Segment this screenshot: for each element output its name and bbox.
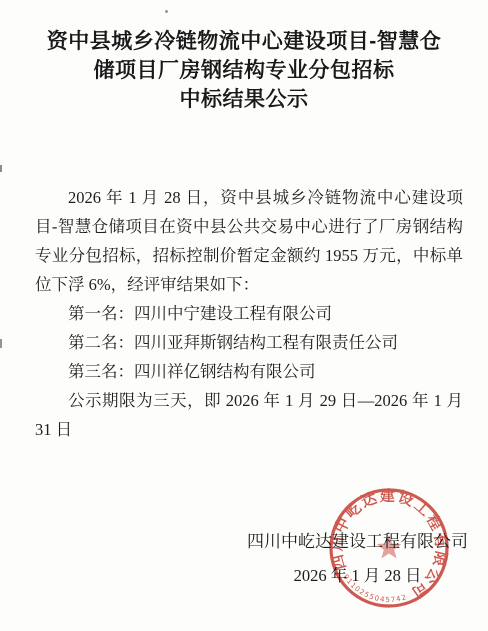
ranking-company-3: 四川祥亿钢结构有限公司	[134, 362, 316, 381]
document-title: 资中县城乡冷链物流中心建设项目-智慧仓 储项目厂房钢结构专业分包招标 中标结果公…	[0, 27, 488, 114]
title-line-1: 资中县城乡冷链物流中心建设项目-智慧仓	[0, 27, 488, 56]
document-body: 2026 年 1 月 28 日，资中县城乡冷链物流中心建设项目-智慧仓储项目在资…	[0, 183, 488, 444]
signature-date: 2026 年 1 月 28 日	[247, 561, 468, 591]
scan-artifact-dot	[165, 10, 168, 13]
ranking-label-1: 第一名：	[68, 304, 134, 323]
document-page: 资中县城乡冷链物流中心建设项目-智慧仓 储项目厂房钢结构专业分包招标 中标结果公…	[0, 0, 488, 631]
signature-inner: 四川中屹达建设工程有限公司 2026 年 1 月 28 日	[247, 527, 468, 591]
ranking-line-3: 第三名：四川祥亿钢结构有限公司	[35, 357, 463, 386]
title-line-3: 中标结果公示	[0, 85, 488, 114]
ranking-label-3: 第三名：	[68, 362, 134, 381]
intro-paragraph: 2026 年 1 月 28 日，资中县城乡冷链物流中心建设项目-智慧仓储项目在资…	[35, 183, 463, 299]
ranking-line-2: 第二名：四川亚拜斯钢结构工程有限责任公司	[35, 328, 463, 357]
title-line-2: 储项目厂房钢结构专业分包招标	[0, 56, 488, 85]
ranking-label-2: 第二名：	[68, 333, 134, 352]
ranking-line-1: 第一名：四川中宁建设工程有限公司	[35, 299, 463, 328]
scan-artifact-edge	[0, 165, 2, 172]
scan-artifact-edge	[0, 339, 2, 348]
ranking-company-2: 四川亚拜斯钢结构工程有限责任公司	[134, 333, 398, 352]
signature-block: 四川中屹达建设工程有限公司 2026 年 1 月 28 日	[0, 527, 488, 591]
ranking-company-1: 四川中宁建设工程有限公司	[134, 304, 332, 323]
publicity-period: 公示期限为三天，即 2026 年 1 月 29 日—2026 年 1 月 31 …	[35, 386, 463, 444]
signature-company: 四川中屹达建设工程有限公司	[247, 527, 468, 557]
